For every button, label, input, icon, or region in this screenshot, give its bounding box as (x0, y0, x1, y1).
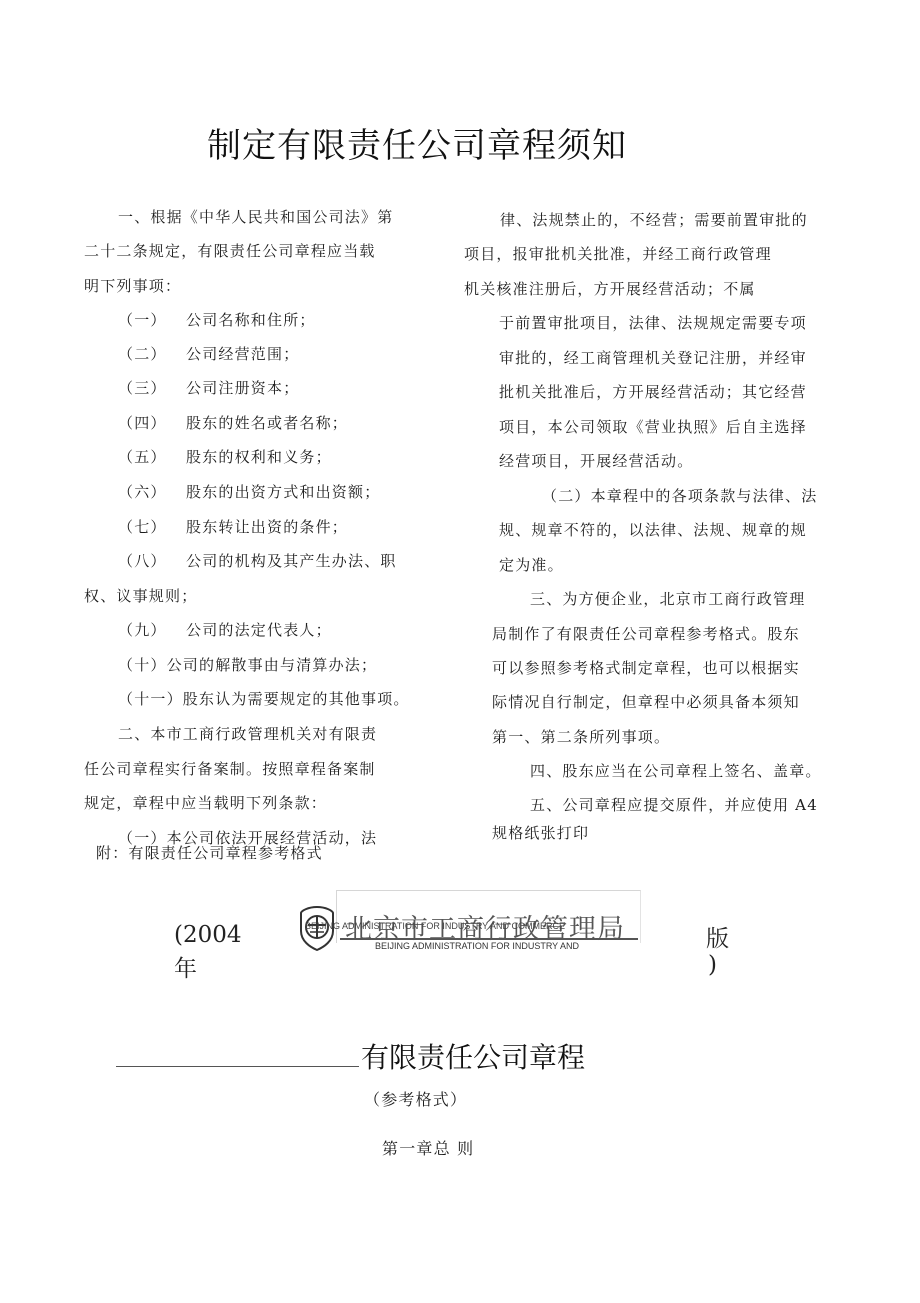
section-5-line: 五、公司章程应提交原件，并应使用 A4 (530, 795, 818, 815)
clause-2-line: 规、规章不符的，以法律、法规、规章的规 (499, 520, 807, 540)
edition-year: (2004 (174, 922, 242, 948)
item-text: 股东的姓名或者名称； (186, 414, 348, 432)
chapter-heading: 第一章总 则 (382, 1139, 474, 1159)
item-number: （二） (118, 344, 186, 364)
list-item: （三）公司注册资本； (118, 378, 299, 398)
item-number: （三） (118, 378, 186, 398)
item-text: 公司名称和住所； (186, 311, 316, 329)
charter-title: 有限责任公司章程 (361, 1041, 585, 1074)
item-text: 公司经营范围； (186, 345, 299, 363)
item-continuation: 权、议事规则； (84, 586, 197, 606)
item-text: 公司的法定代表人； (186, 621, 332, 639)
section-3-line: 三、为方便企业，北京市工商行政管理 (530, 589, 805, 609)
charter-subtitle: （参考格式） (364, 1090, 467, 1110)
clause-1-line: 经营项目，开展经营活动。 (499, 451, 693, 471)
charter-title-row: 有限责任公司章程 (116, 1036, 585, 1076)
list-item: （十一）股东认为需要规定的其他事项。 (118, 689, 410, 709)
item-number: （四） (118, 413, 186, 433)
item-text: 公司注册资本； (186, 379, 299, 397)
clause-1-line: 于前置审批项目，法律、法规规定需要专项 (499, 313, 807, 333)
logo-divider (340, 938, 638, 940)
attachment-note: 附：有限责任公司章程参考格式 (96, 843, 323, 863)
section-3-line: 可以参照参考格式制定章程，也可以根据实 (492, 658, 800, 678)
bureau-name-english-overlay: BEIJING ADMINISTRATION FOR INDUSTRY AND … (305, 921, 565, 931)
list-item: （八）公司的机构及其产生办法、职 (118, 551, 397, 571)
clause-1-line: 批机关批准后，方开展经营活动；其它经营 (499, 382, 807, 402)
clause-1-line: 机关核准注册后，方开展经营活动；不属 (464, 279, 756, 299)
section-2-line-3: 规定，章程中应当载明下列条款： (84, 793, 327, 813)
item-number: （一） (118, 310, 186, 330)
item-text: 股东转让出资的条件； (186, 518, 348, 536)
item-text: 股东的出资方式和出资额； (186, 483, 380, 501)
edition-close-paren: ) (708, 952, 717, 978)
clause-1-line: 审批的，经工商管理机关登记注册，并经审 (499, 348, 807, 368)
list-item: （七）股东转让出资的条件； (118, 517, 348, 537)
list-item: （九）公司的法定代表人； (118, 620, 332, 640)
clause-2-line: （二）本章程中的各项条款与法律、法 (542, 486, 817, 506)
bureau-name-english: BEIJING ADMINISTRATION FOR INDUSTRY AND (375, 941, 579, 951)
intro-line-3: 明下列事项： (84, 276, 181, 296)
section-2-line-2: 任公司章程实行备案制。按照章程备案制 (84, 759, 376, 779)
edition-year-suffix: 年 (174, 950, 197, 983)
item-number: （五） (118, 447, 186, 467)
intro-line-1: 一、根据《中华人民共和国公司法》第 (118, 207, 393, 227)
section-4: 四、股东应当在公司章程上签名、盖章。 (530, 761, 822, 781)
section-5-line: 规格纸张打印 (492, 823, 589, 843)
clause-1-line: 项目，本公司领取《营业执照》后自主选择 (499, 417, 807, 437)
section-3-line: 局制作了有限责任公司章程参考格式。股东 (492, 624, 800, 644)
list-item: （六）股东的出资方式和出资额； (118, 482, 380, 502)
page-title: 制定有限责任公司章程须知 (207, 118, 627, 167)
section-3-line: 际情况自行制定，但章程中必须具备本须知 (492, 692, 800, 712)
clause-2-line: 定为准。 (499, 555, 564, 575)
list-item: （五）股东的权利和义务； (118, 447, 332, 467)
section-2-line-1: 二、本市工商行政管理机关对有限责 (118, 724, 377, 744)
item-text: 股东的权利和义务； (186, 448, 332, 466)
item-text: 公司的机构及其产生办法、职 (186, 552, 397, 570)
edition-label: 版 (706, 920, 729, 953)
section-3-line: 第一、第二条所列事项。 (492, 727, 670, 747)
item-number: （九） (118, 620, 186, 640)
clause-1-line: 律、法规禁止的，不经营；需要前置审批的 (500, 210, 808, 230)
item-number: （六） (118, 482, 186, 502)
list-item: （十）公司的解散事由与清算办法； (118, 655, 377, 675)
list-item: （二）公司经营范围； (118, 344, 299, 364)
intro-line-2: 二十二条规定，有限责任公司章程应当载 (84, 241, 376, 261)
list-item: （一）公司名称和住所； (118, 310, 316, 330)
clause-1-line: 项目，报审批机关批准，并经工商行政管理 (464, 244, 772, 264)
company-name-blank (116, 1042, 359, 1067)
item-number: （八） (118, 551, 186, 571)
item-number: （七） (118, 517, 186, 537)
list-item: （四）股东的姓名或者名称； (118, 413, 348, 433)
